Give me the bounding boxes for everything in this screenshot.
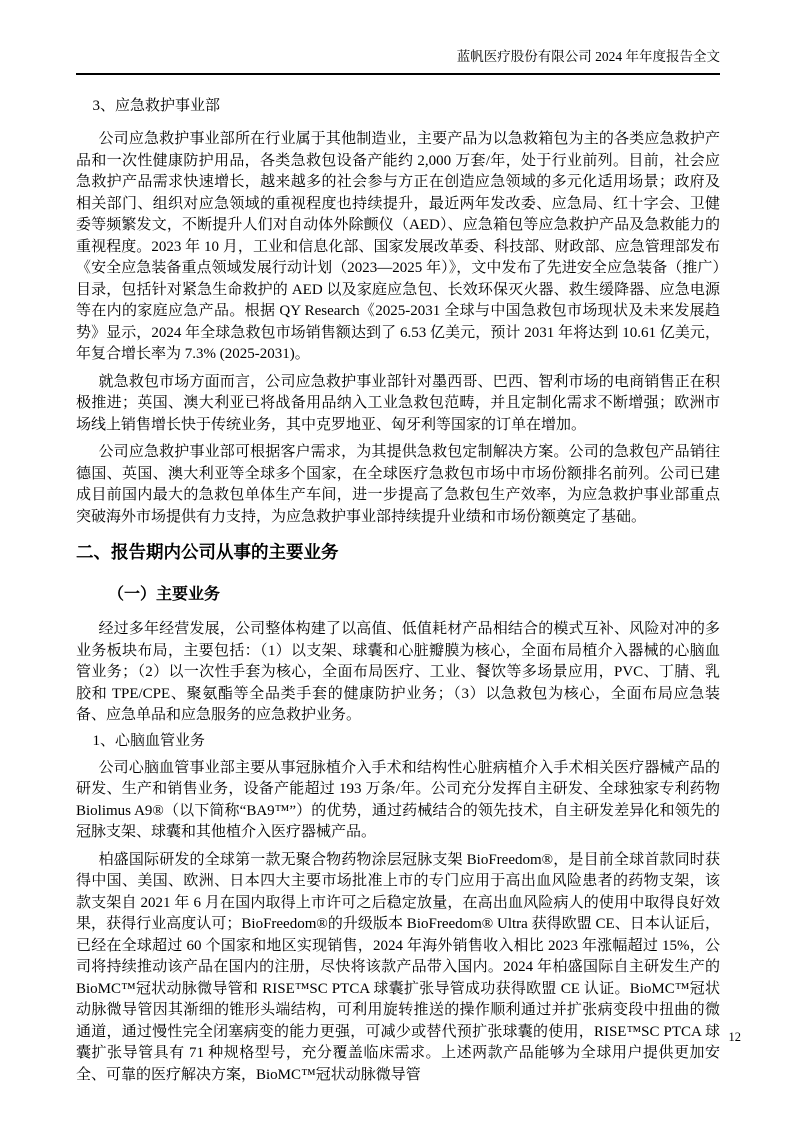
subsection-heading-main-business: （一）主要业务 (76, 586, 720, 603)
header-title: 蓝帆医疗股份有限公司 2024 年年度报告全文 (457, 49, 720, 64)
section-heading-main-business-period: 二、报告期内公司从事的主要业务 (76, 542, 720, 562)
paragraph-biofreedom: 柏盛国际研发的全球第一款无聚合物药物涂层冠脉支架 BioFreedom®，是目前… (76, 850, 720, 1087)
paragraph-main-business-overview: 经过多年经营发展，公司整体构建了以高值、低值耗材产品相结合的模式互补、风险对冲的… (76, 619, 720, 727)
page-number: 12 (729, 1030, 742, 1045)
page-content: 3、应急救护事业部 公司应急救护事业部所在行业属于其他制造业，主要产品为以急救箱… (76, 78, 720, 1092)
paragraph-cardio-overview: 公司心脑血管事业部主要从事冠脉植介入手术和结构性心脏病植介入手术相关医疗器械产品… (76, 758, 720, 844)
section-heading-emergency-rescue-dept: 3、应急救护事业部 (76, 98, 720, 115)
page-header: 蓝帆医疗股份有限公司 2024 年年度报告全文 (76, 48, 720, 75)
subsection-heading-cardio-business: 1、心脑血管业务 (76, 733, 720, 750)
paragraph-emergency-industry: 公司应急救护事业部所在行业属于其他制造业，主要产品为以急救箱包为主的各类应急救护… (76, 129, 720, 366)
paragraph-firstaid-market: 就急救包市场方面而言，公司应急救护事业部针对墨西哥、巴西、智利市场的电商销售正在… (76, 372, 720, 437)
paragraph-custom-solutions: 公司应急救护事业部可根据客户需求，为其提供急救包定制解决方案。公司的急救包产品销… (76, 442, 720, 528)
report-page: 蓝帆医疗股份有限公司 2024 年年度报告全文 3、应急救护事业部 公司应急救护… (0, 0, 793, 1122)
